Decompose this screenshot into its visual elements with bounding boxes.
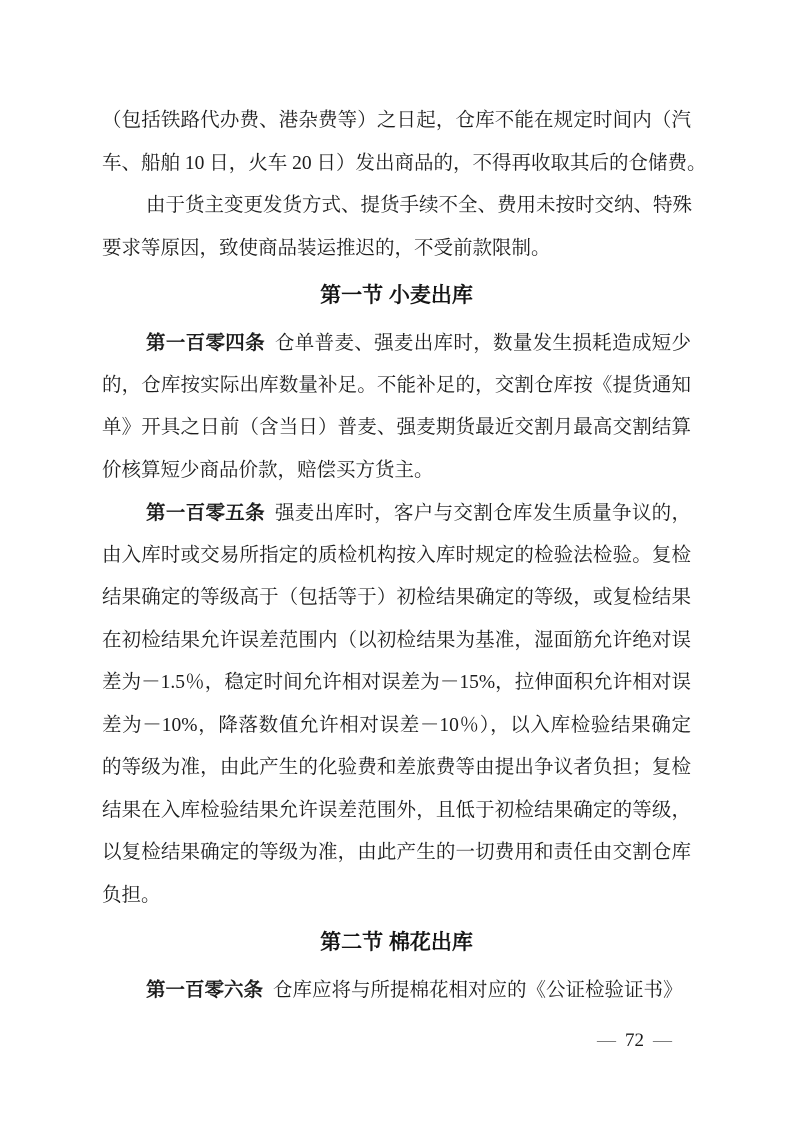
text-line: 车、船舶 10 日，火车 20 日）发出商品的，不得再收取其后的仓储费。: [102, 143, 691, 186]
page-number: 72: [625, 1030, 644, 1051]
text-line: 结果确定的等级高于（包括等于）初检结果确定的等级，或复检结果: [102, 577, 691, 620]
footer-dash-left: —: [597, 1030, 616, 1051]
line-text: 差为－10%，降落数值允许相对误差－10％），以入库检验结果确定: [102, 715, 691, 736]
line-text: 要求等原因，致使商品装运推迟的，不受前款限制。: [102, 238, 551, 259]
line-text: 负担。: [102, 885, 161, 906]
text-line: 差为－1.5％，稳定时间允许相对误差为－15%，拉伸面积允许相对误: [102, 662, 691, 705]
text-line: 由于货主变更发货方式、提货手续不全、费用未按时交纳、特殊: [102, 185, 691, 228]
line-text: 差为－1.5％，稳定时间允许相对误差为－15%，拉伸面积允许相对误: [102, 672, 691, 693]
section-heading: 第一节 小麦出库: [102, 270, 691, 322]
article-number: 第一百零五条: [146, 502, 265, 524]
line-text: 结果确定的等级高于（包括等于）初检结果确定的等级，或复检结果: [102, 587, 691, 608]
paragraph: （包括铁路代办费、港杂费等）之日起，仓库不能在规定时间内（汽车、船舶 10 日，…: [102, 100, 691, 185]
article-number: 第一百零四条: [146, 332, 265, 354]
line-text: 在初检结果允许误差范围内（以初检结果为基准，湿面筋允许绝对误: [102, 630, 691, 651]
article-number: 第一百零六条: [146, 979, 263, 1001]
page-footer: —72—: [597, 1028, 672, 1054]
line-text: 车、船舶 10 日，火车 20 日）发出商品的，不得再收取其后的仓储费。: [102, 153, 707, 174]
line-text: 以复检结果确定的等级为准，由此产生的一切费用和责任由交割仓库: [102, 842, 691, 863]
text-line: 的等级为准，由此产生的化验费和差旅费等由提出争议者负担；复检: [102, 747, 691, 790]
footer-dash-right: —: [653, 1030, 672, 1051]
line-text: 价核算短少商品价款，赔偿买方货主。: [102, 460, 434, 481]
text-line: 差为－10%，降落数值允许相对误差－10％），以入库检验结果确定: [102, 705, 691, 748]
line-text: 单》开具之日前（含当日）普麦、强麦期货最近交割月最高交割结算: [102, 417, 691, 438]
line-text: 的，仓库按实际出库数量补足。不能补足的，交割仓库按《提货通知: [102, 375, 691, 396]
line-text: 强麦出库时，客户与交割仓库发生质量争议的，: [275, 503, 691, 524]
line-text: 仓单普麦、强麦出库时，数量发生损耗造成短少: [275, 333, 691, 354]
line-text: 由于货主变更发货方式、提货手续不全、费用未按时交纳、特殊: [146, 195, 692, 216]
text-line: 第一百零四条仓单普麦、强麦出库时，数量发生损耗造成短少: [102, 322, 691, 365]
line-text: 仓库应将与所提棉花相对应的《公证检验证书》: [273, 980, 683, 1001]
text-line: 的，仓库按实际出库数量补足。不能补足的，交割仓库按《提货通知: [102, 365, 691, 408]
line-text: 的等级为准，由此产生的化验费和差旅费等由提出争议者负担；复检: [102, 757, 691, 778]
line-text: 结果在入库检验结果允许误差范围外，且低于初检结果确定的等级，: [102, 800, 691, 821]
text-line: （包括铁路代办费、港杂费等）之日起，仓库不能在规定时间内（汽: [102, 100, 691, 143]
paragraph: 第一百零五条强麦出库时，客户与交割仓库发生质量争议的，由入库时或交易所指定的质检…: [102, 492, 691, 917]
section-heading: 第二节 棉花出库: [102, 917, 691, 969]
paragraph: 第一百零六条仓库应将与所提棉花相对应的《公证检验证书》: [102, 969, 691, 1012]
document-content: （包括铁路代办费、港杂费等）之日起，仓库不能在规定时间内（汽车、船舶 10 日，…: [102, 100, 691, 1012]
text-line: 第一百零六条仓库应将与所提棉花相对应的《公证检验证书》: [102, 969, 691, 1012]
text-line: 在初检结果允许误差范围内（以初检结果为基准，湿面筋允许绝对误: [102, 620, 691, 663]
text-line: 第一百零五条强麦出库时，客户与交割仓库发生质量争议的，: [102, 492, 691, 535]
text-line: 结果在入库检验结果允许误差范围外，且低于初检结果确定的等级，: [102, 790, 691, 833]
document-page: （包括铁路代办费、港杂费等）之日起，仓库不能在规定时间内（汽车、船舶 10 日，…: [0, 0, 793, 1122]
line-text: 由入库时或交易所指定的质检机构按入库时规定的检验法检验。复检: [102, 545, 691, 566]
text-line: 要求等原因，致使商品装运推迟的，不受前款限制。: [102, 228, 691, 271]
text-line: 由入库时或交易所指定的质检机构按入库时规定的检验法检验。复检: [102, 535, 691, 578]
text-line: 以复检结果确定的等级为准，由此产生的一切费用和责任由交割仓库: [102, 832, 691, 875]
paragraph: 由于货主变更发货方式、提货手续不全、费用未按时交纳、特殊要求等原因，致使商品装运…: [102, 185, 691, 270]
paragraph: 第一百零四条仓单普麦、强麦出库时，数量发生损耗造成短少的，仓库按实际出库数量补足…: [102, 322, 691, 492]
text-line: 价核算短少商品价款，赔偿买方货主。: [102, 450, 691, 493]
line-text: （包括铁路代办费、港杂费等）之日起，仓库不能在规定时间内（汽: [102, 110, 691, 131]
text-line: 单》开具之日前（含当日）普麦、强麦期货最近交割月最高交割结算: [102, 407, 691, 450]
text-line: 负担。: [102, 875, 691, 918]
